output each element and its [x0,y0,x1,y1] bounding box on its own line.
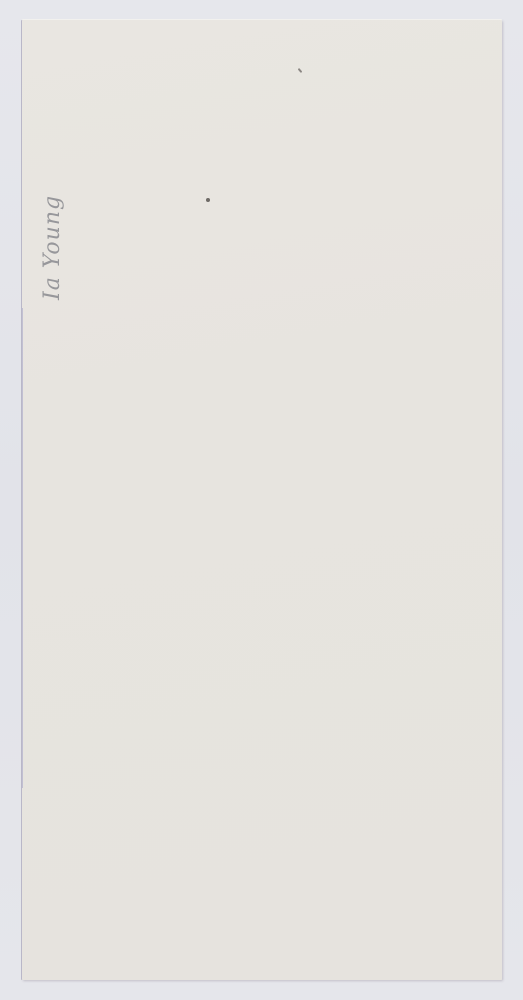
pencil-mark [298,68,303,73]
dust-speck [206,198,210,202]
handwritten-inscription: Ia Young [40,195,65,300]
paper-card [22,20,502,980]
